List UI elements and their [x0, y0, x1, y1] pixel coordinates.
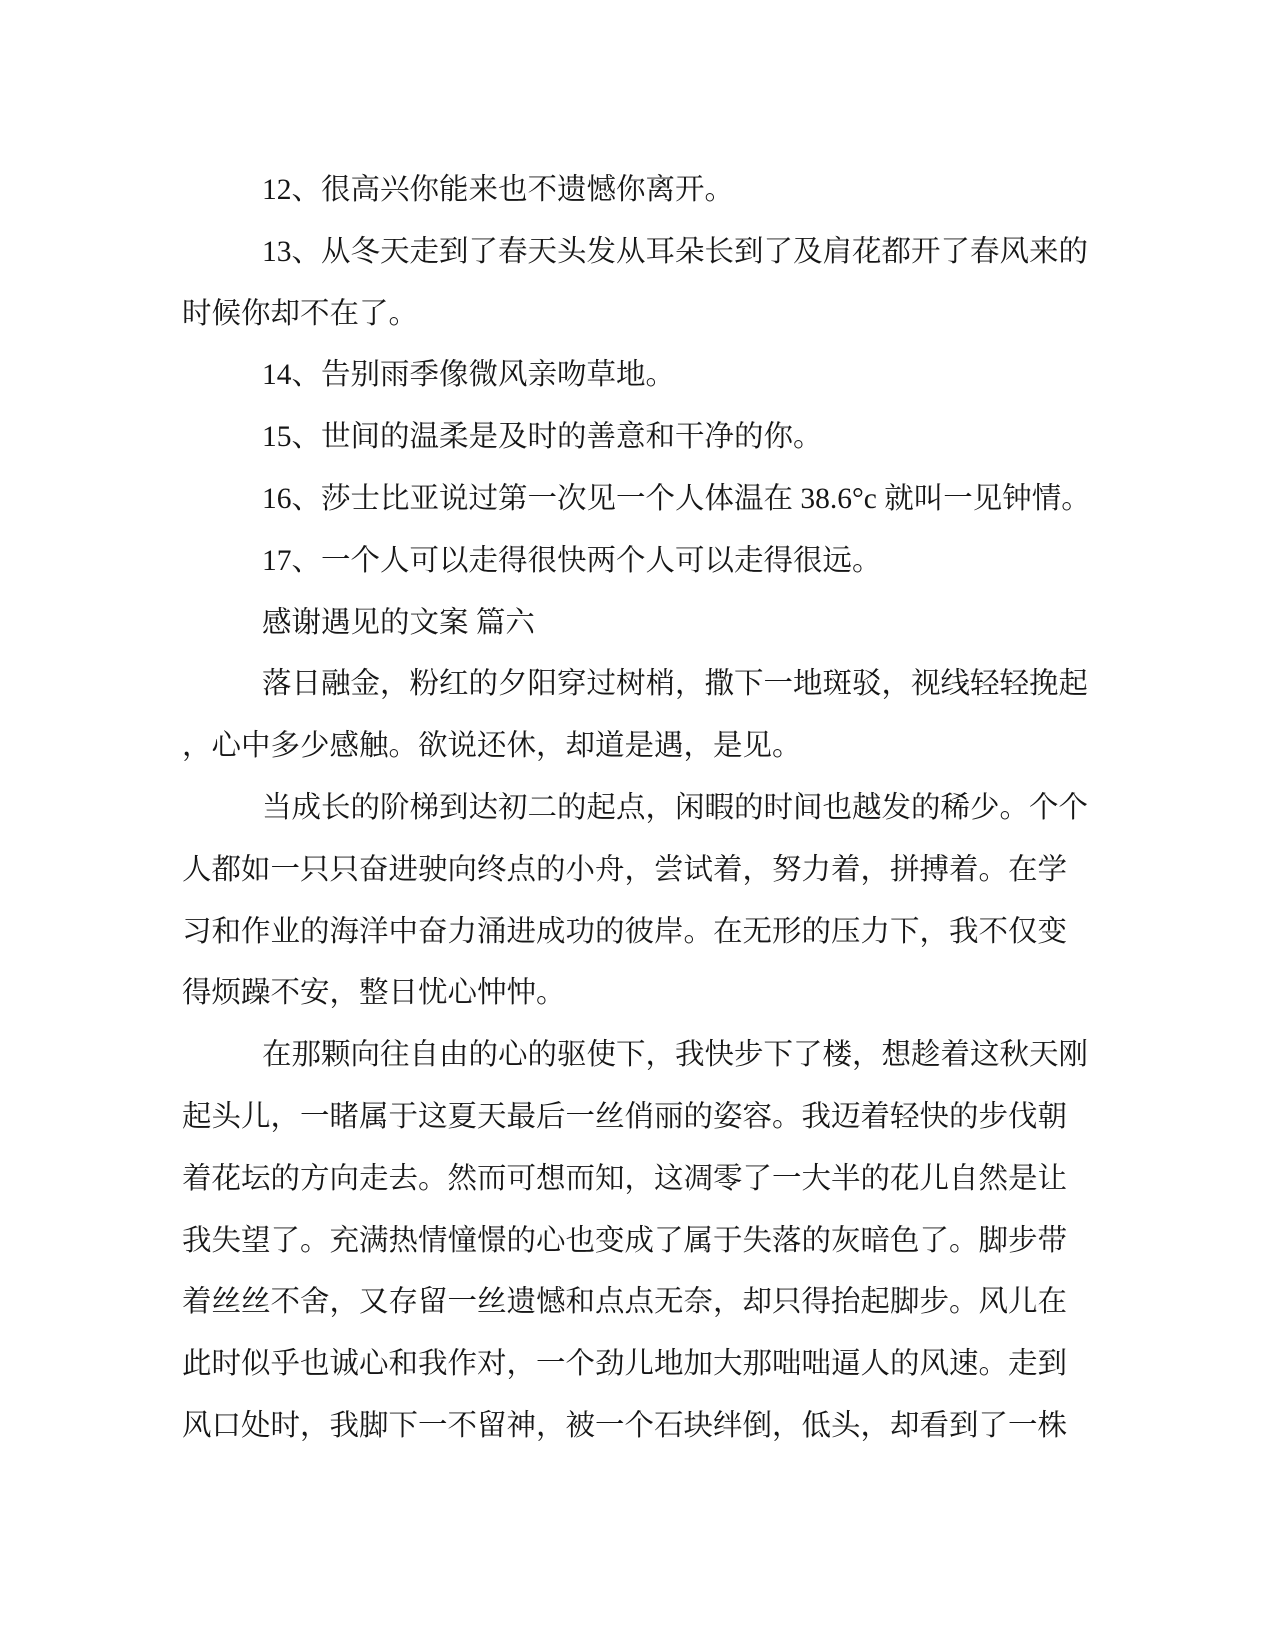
paragraph: 落日融金，粉红的夕阳穿过树梢，撒下一地斑驳，视线轻轻挽起，心中多少感触。欲说还休…	[182, 654, 1192, 778]
list-item-17: 17、一个人可以走得很快两个人可以走得很远。	[182, 531, 1192, 593]
document-page: 12、很高兴你能来也不遗憾你离开。13、从冬天走到了春天头发从耳朵长到了及肩花都…	[0, 0, 1275, 1650]
list-item-15: 15、世间的温柔是及时的善意和干净的你。	[182, 407, 1192, 469]
text-line: 着丝丝不舍，又存留一丝遗憾和点点无奈，却只得抬起脚步。风儿在	[182, 1272, 1192, 1334]
text-line: 习和作业的海洋中奋力涌进成功的彼岸。在无形的压力下，我不仅变	[182, 902, 1192, 964]
text-line: ，心中多少感触。欲说还休，却道是遇，是见。	[182, 716, 1192, 778]
text-line: 15、世间的温柔是及时的善意和干净的你。	[182, 407, 1192, 469]
text-line: 17、一个人可以走得很快两个人可以走得很远。	[182, 531, 1192, 593]
text-line: 13、从冬天走到了春天头发从耳朵长到了及肩花都开了春风来的	[182, 222, 1192, 284]
list-item-16: 16、莎士比亚说过第一次见一个人体温在 38.6°c 就叫一见钟情。	[182, 469, 1192, 531]
text-line: 人都如一只只奋进驶向终点的小舟，尝试着，努力着，拼搏着。在学	[182, 840, 1192, 902]
text-line: 得烦躁不安，整日忧心忡忡。	[182, 963, 1192, 1025]
text-line: 在那颗向往自由的心的驱使下，我快步下了楼，想趁着这秋天刚	[182, 1025, 1192, 1087]
section-heading: 感谢遇见的文案 篇六	[182, 593, 1192, 655]
list-item-13: 13、从冬天走到了春天头发从耳朵长到了及肩花都开了春风来的时候你却不在了。	[182, 222, 1192, 346]
text-line: 14、告别雨季像微风亲吻草地。	[182, 345, 1192, 407]
text-line: 风口处时，我脚下一不留神，被一个石块绊倒，低头，却看到了一株	[182, 1396, 1192, 1458]
text-line: 起头儿，一睹属于这夏天最后一丝俏丽的姿容。我迈着轻快的步伐朝	[182, 1087, 1192, 1149]
text-line: 当成长的阶梯到达初二的起点，闲暇的时间也越发的稀少。个个	[182, 778, 1192, 840]
text-line: 着花坛的方向走去。然而可想而知，这凋零了一大半的花儿自然是让	[182, 1149, 1192, 1211]
text-line: 16、莎士比亚说过第一次见一个人体温在 38.6°c 就叫一见钟情。	[182, 469, 1192, 531]
text-line: 我失望了。充满热情憧憬的心也变成了属于失落的灰暗色了。脚步带	[182, 1211, 1192, 1273]
paragraph: 当成长的阶梯到达初二的起点，闲暇的时间也越发的稀少。个个人都如一只只奋进驶向终点…	[182, 778, 1192, 1025]
text-line: 感谢遇见的文案 篇六	[182, 593, 1192, 655]
text-block: 12、很高兴你能来也不遗憾你离开。13、从冬天走到了春天头发从耳朵长到了及肩花都…	[182, 160, 1192, 1458]
list-item-14: 14、告别雨季像微风亲吻草地。	[182, 345, 1192, 407]
paragraph: 在那颗向往自由的心的驱使下，我快步下了楼，想趁着这秋天刚起头儿，一睹属于这夏天最…	[182, 1025, 1192, 1458]
text-line: 12、很高兴你能来也不遗憾你离开。	[182, 160, 1192, 222]
text-line: 此时似乎也诚心和我作对，一个劲儿地加大那咄咄逼人的风速。走到	[182, 1334, 1192, 1396]
text-line: 落日融金，粉红的夕阳穿过树梢，撒下一地斑驳，视线轻轻挽起	[182, 654, 1192, 716]
list-item-12: 12、很高兴你能来也不遗憾你离开。	[182, 160, 1192, 222]
text-line: 时候你却不在了。	[182, 284, 1192, 346]
